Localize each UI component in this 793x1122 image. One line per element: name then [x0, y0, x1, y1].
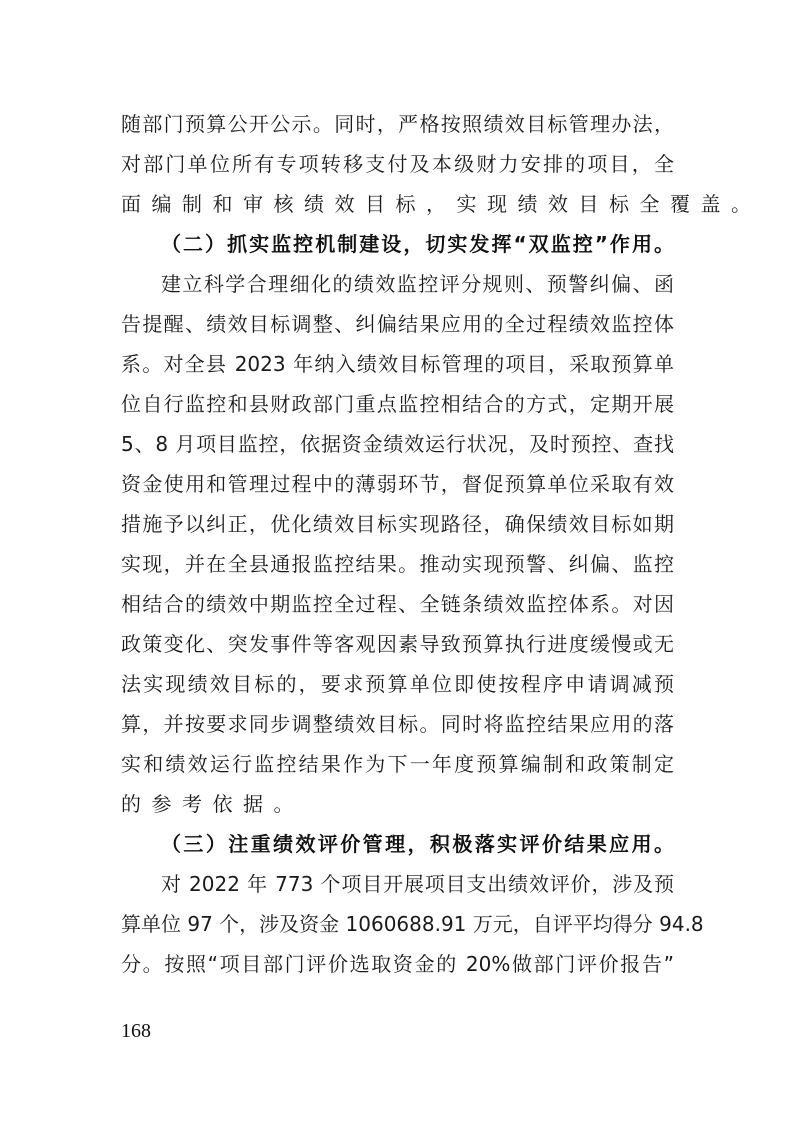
paragraph-line: 法实现绩效目标的，要求预算单位即使按程序申请调减预	[121, 664, 674, 704]
paragraph-line: 分。按照“项目部门评价选取资金的 20%做部门评价报告”	[121, 944, 674, 984]
paragraph-line: 实现，并在全县通报监控结果。推动实现预警、纠偏、监控	[121, 544, 674, 584]
paragraph-line: 对 2022 年 773 个项目开展项目支出绩效评价，涉及预	[121, 864, 674, 904]
section-heading-2: （二）抓实监控机制建设，切实发挥“双监控”作用。	[121, 224, 674, 264]
paragraph-line: 随部门预算公开公示。同时，严格按照绩效目标管理办法，	[121, 104, 674, 144]
paragraph-line: 措施予以纠正，优化绩效目标实现路径，确保绩效目标如期	[121, 504, 674, 544]
page-number: 168	[121, 1020, 151, 1043]
paragraph-line: 资金使用和管理过程中的薄弱环节，督促预算单位采取有效	[121, 464, 674, 504]
section-heading-3: （三）注重绩效评价管理，积极落实评价结果应用。	[121, 824, 674, 864]
paragraph-line: 的参考依据。	[121, 784, 674, 824]
paragraph-line: 对部门单位所有专项转移支付及本级财力安排的项目，全	[121, 144, 674, 184]
paragraph-line: 政策变化、突发事件等客观因素导致预算执行进度缓慢或无	[121, 624, 674, 664]
document-body: 随部门预算公开公示。同时，严格按照绩效目标管理办法， 对部门单位所有专项转移支付…	[121, 104, 674, 984]
paragraph-line: 相结合的绩效中期监控全过程、全链条绩效监控体系。对因	[121, 584, 674, 624]
paragraph-line: 算，并按要求同步调整绩效目标。同时将监控结果应用的落	[121, 704, 674, 744]
paragraph-line: 5、8 月项目监控，依据资金绩效运行状况，及时预控、查找	[121, 424, 674, 464]
paragraph-line: 实和绩效运行监控结果作为下一年度预算编制和政策制定	[121, 744, 674, 784]
paragraph-line: 面编制和审核绩效目标，实现绩效目标全覆盖。	[121, 184, 674, 224]
paragraph-line: 告提醒、绩效目标调整、纠偏结果应用的全过程绩效监控体	[121, 304, 674, 344]
paragraph-line: 算单位 97 个，涉及资金 1060688.91 万元，自评平均得分 94.8	[121, 904, 674, 944]
paragraph-line: 位自行监控和县财政部门重点监控相结合的方式，定期开展	[121, 384, 674, 424]
paragraph-line: 系。对全县 2023 年纳入绩效目标管理的项目，采取预算单	[121, 344, 674, 384]
paragraph-line: 建立科学合理细化的绩效监控评分规则、预警纠偏、函	[121, 264, 674, 304]
